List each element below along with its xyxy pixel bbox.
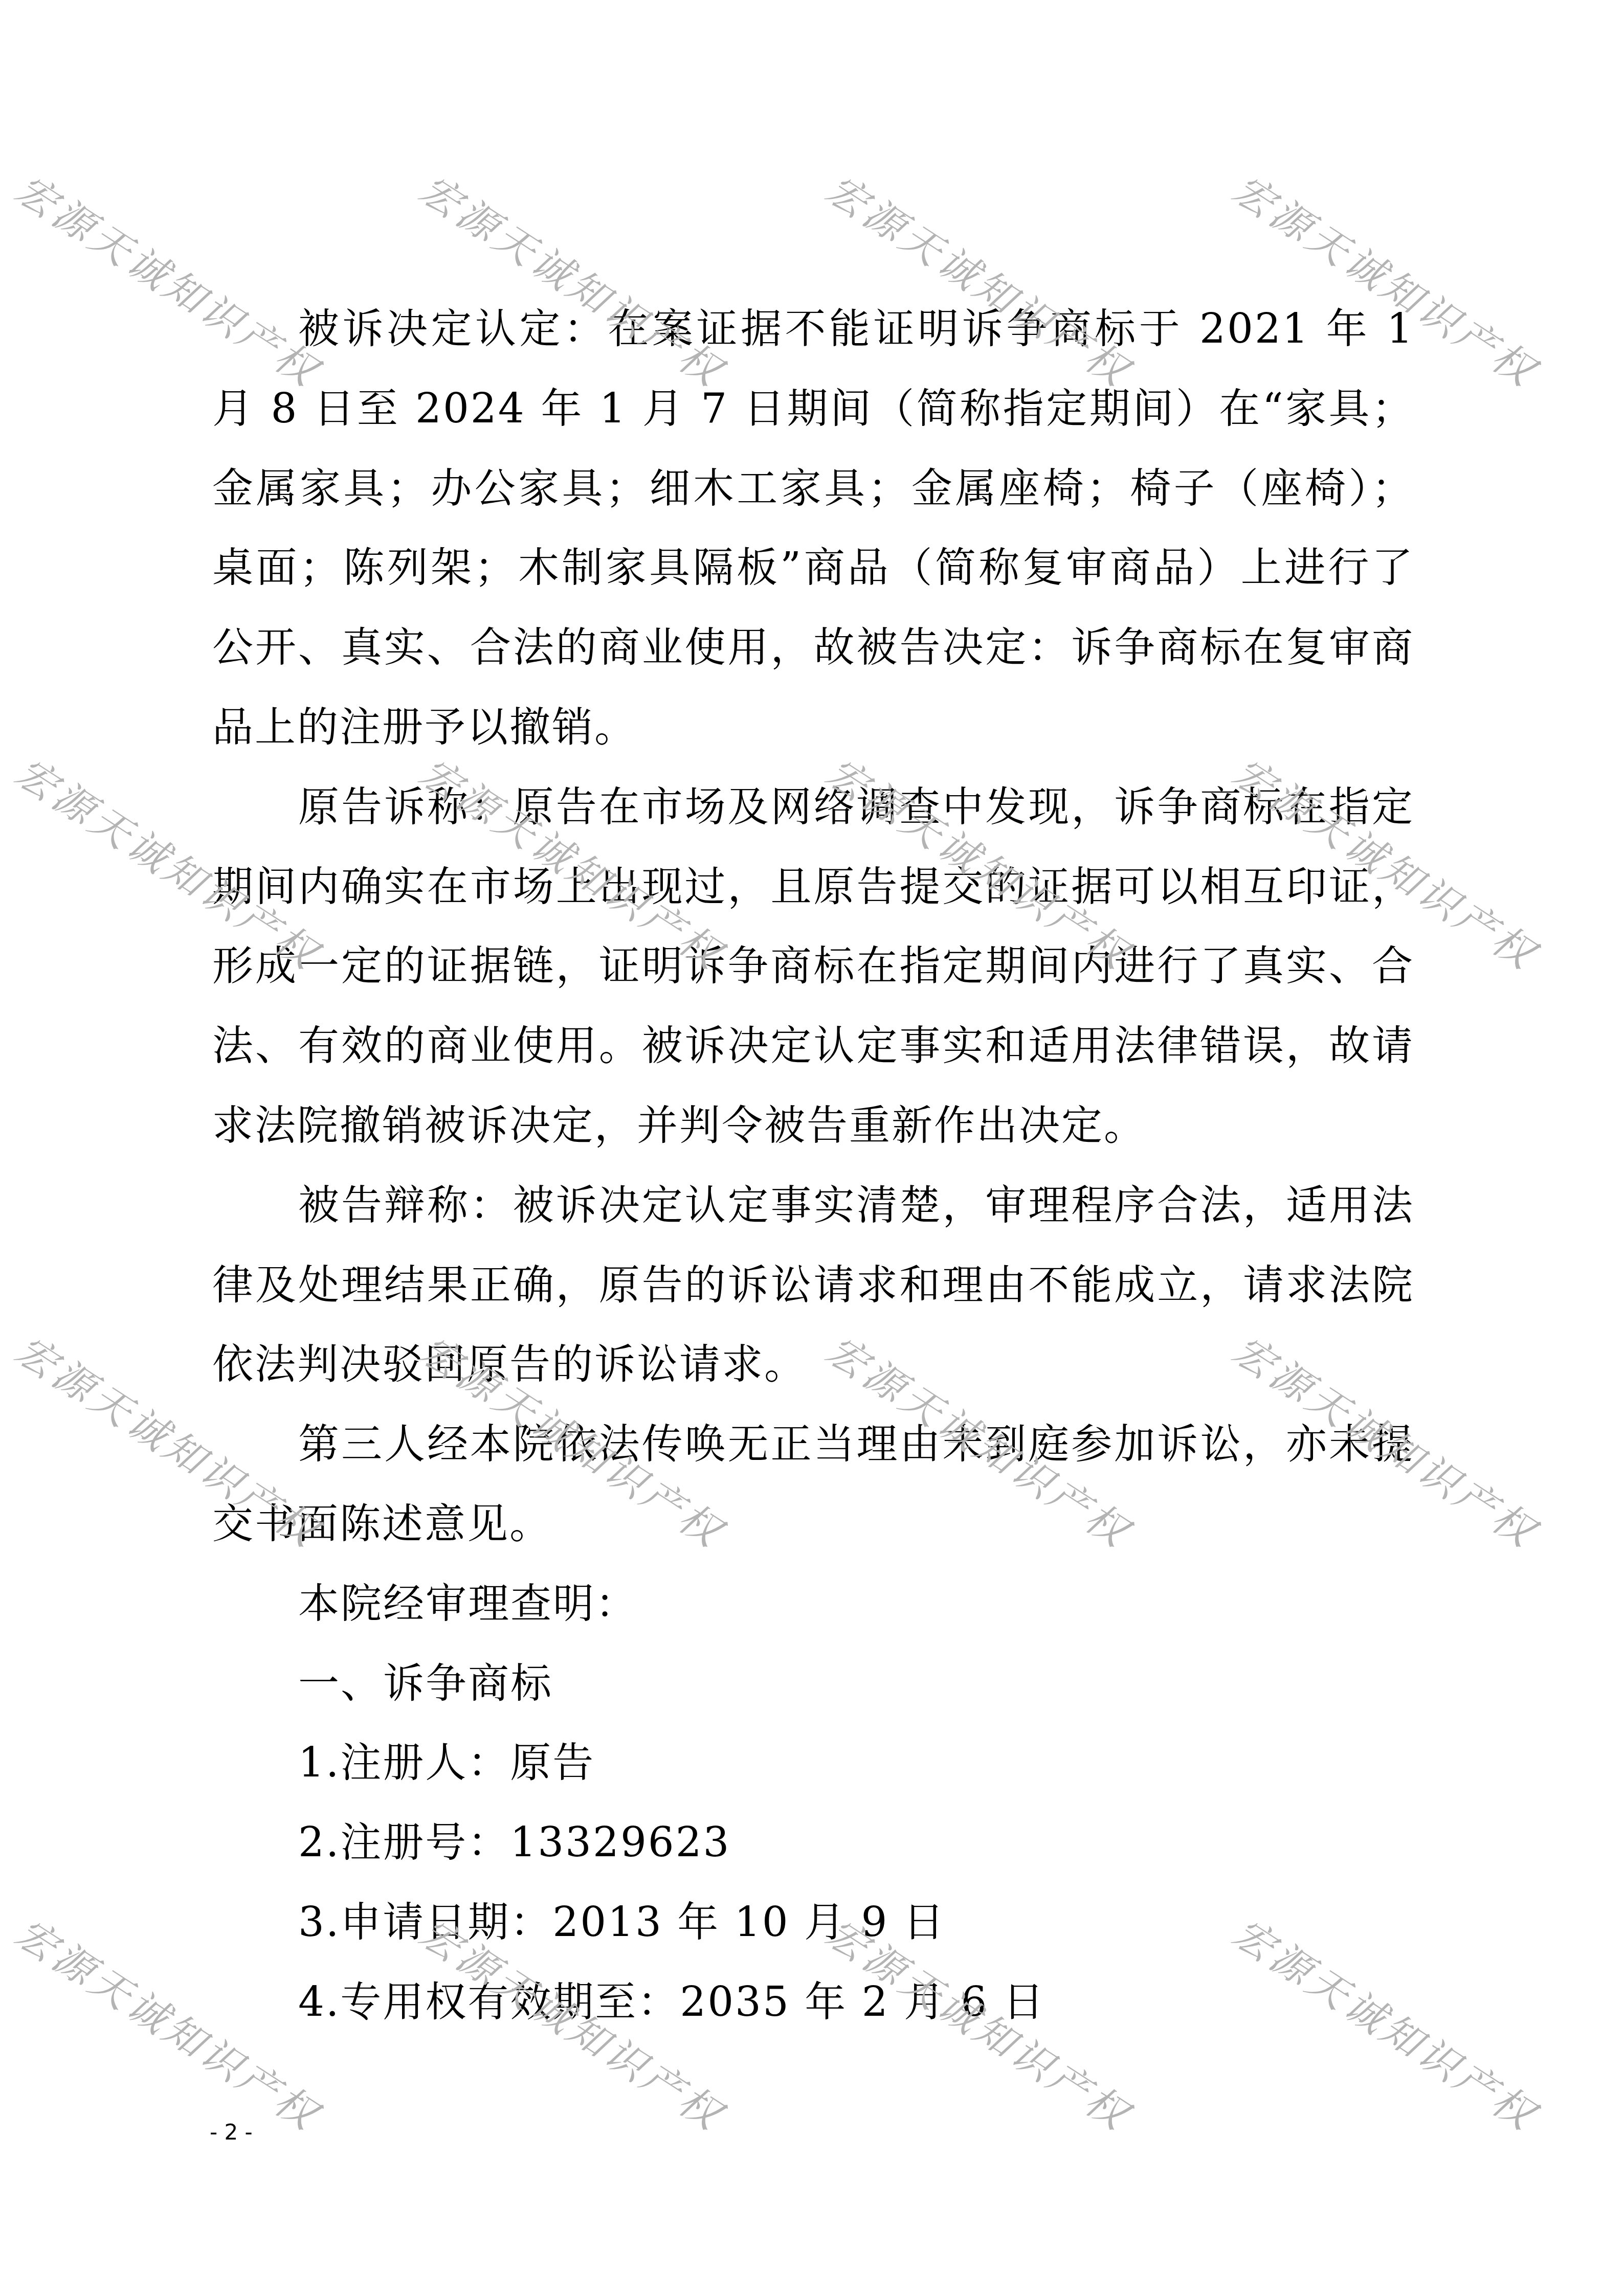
section-heading: 一、诉争商标 [212,1644,1414,1723]
paragraph-contested-decision: 被诉决定认定：在案证据不能证明诉争商标于 2021 年 1 月 8 日至 202… [212,289,1414,767]
document-page: 被诉决定认定：在案证据不能证明诉争商标于 2021 年 1 月 8 日至 202… [0,0,1624,2296]
trademark-registrant: 1.注册人：原告 [212,1723,1414,1803]
trademark-valid-until: 4.专用权有效期至：2035 年 2 月 6 日 [212,1962,1414,2042]
document-body: 被诉决定认定：在案证据不能证明诉争商标于 2021 年 1 月 8 日至 202… [212,289,1414,2042]
paragraph-third-party: 第三人经本院依法传唤无正当理由未到庭参加诉讼，亦未提交书面陈述意见。 [212,1404,1414,1564]
trademark-registration-number: 2.注册号：13329623 [212,1803,1414,1882]
paragraph-plaintiff-claim: 原告诉称：原告在市场及网络调查中发现，诉争商标在指定期间内确实在市场上出现过，且… [212,767,1414,1165]
page-number: - 2 - [210,2117,253,2148]
paragraph-defendant-defense: 被告辩称：被诉决定认定事实清楚，审理程序合法，适用法律及处理结果正确，原告的诉讼… [212,1165,1414,1404]
findings-intro: 本院经审理查明： [212,1564,1414,1644]
trademark-application-date: 3.申请日期：2013 年 10 月 9 日 [212,1882,1414,1962]
